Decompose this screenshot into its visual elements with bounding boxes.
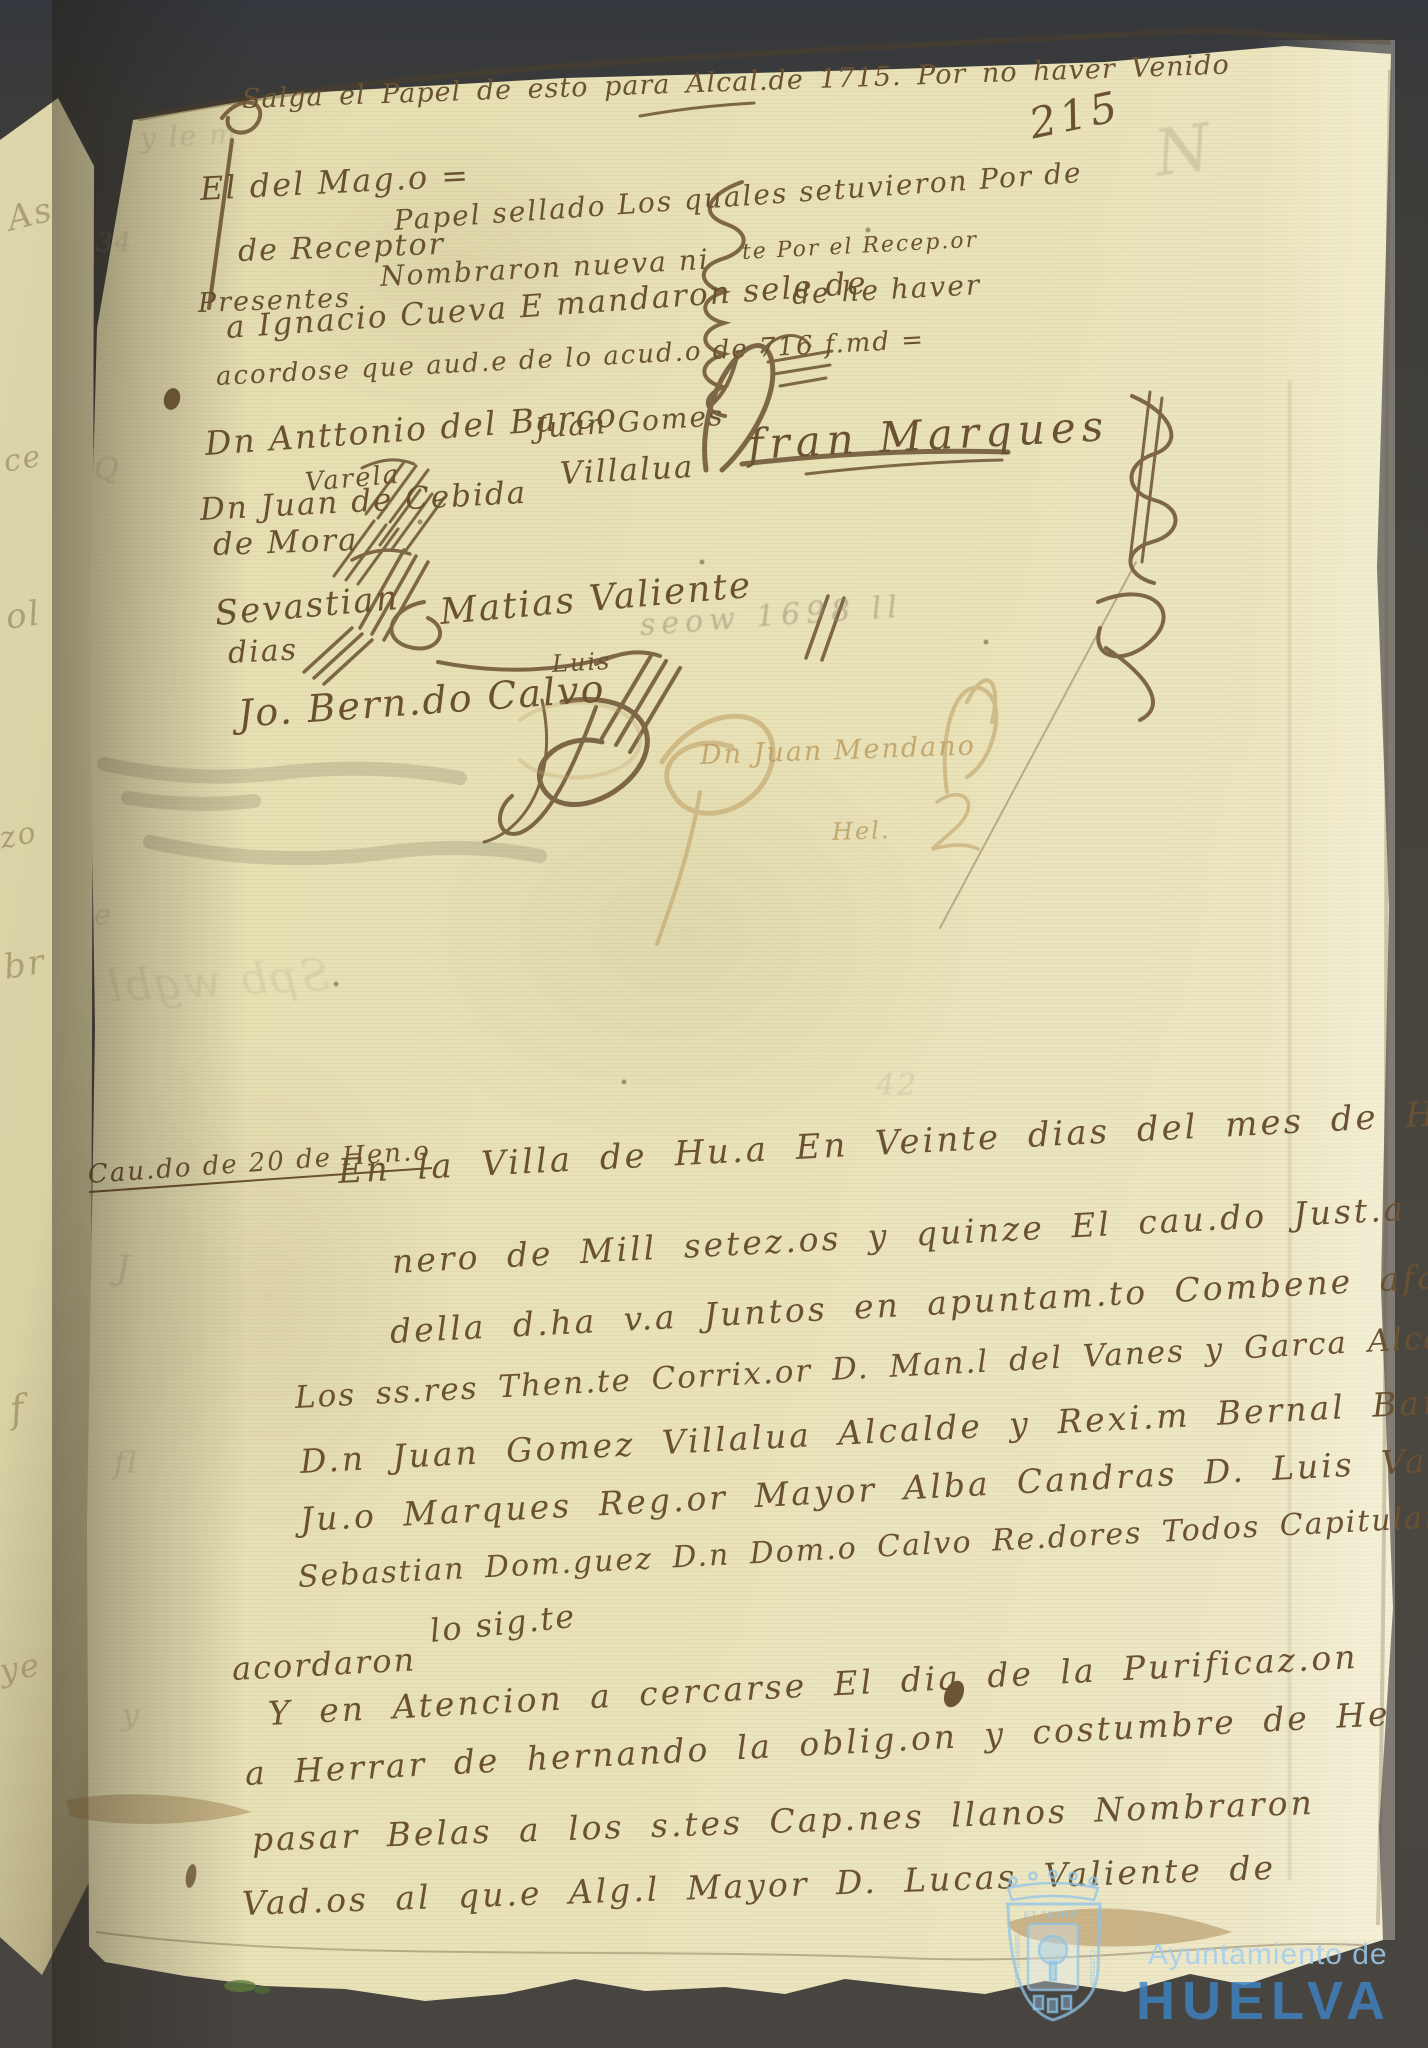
signature-name: Hel. [832, 816, 891, 846]
castle-block [1048, 1999, 1057, 2012]
castle-block [1062, 1996, 1071, 2009]
graphite-smudge3 [150, 842, 540, 858]
watermark-institution-name: Ayuntamiento de [1148, 1938, 1388, 1972]
ink-speck [984, 640, 989, 645]
ink-speck [418, 520, 423, 525]
tree-trunk [1050, 1962, 1056, 1980]
signature-name: de Mora [212, 522, 359, 563]
tan-flourish-tail [657, 792, 700, 944]
braid-dias [304, 628, 372, 684]
tree-crown [1039, 1936, 1067, 1964]
bleed-through-mark: fl [114, 1446, 139, 1481]
watermark-city-name: HUELVA [1136, 1970, 1392, 2032]
ink-speck [622, 1080, 627, 1085]
bleed-through-mark: 42 [876, 1068, 918, 1103]
underline-1715 [640, 103, 754, 116]
ink-blot [184, 1863, 198, 1888]
marques-rubric-bars [1130, 392, 1162, 562]
ink-blot [161, 386, 182, 411]
ink-speck [334, 982, 339, 987]
shield-motto-top: ET TERRÆ [1024, 1910, 1079, 1920]
green-fleck [254, 1986, 270, 1994]
bleed-through-mark: 34 [96, 228, 133, 258]
bleed-through-mark: N [1150, 110, 1218, 191]
shield-motto-right: CUSTODIA [1088, 1950, 1095, 1986]
bleed-through-mark: y [122, 1698, 141, 1733]
calvo-flourish2 [500, 707, 596, 834]
castle-block [1034, 1996, 1043, 2009]
graphite-smudge [104, 764, 460, 778]
crown [1008, 1883, 1098, 1900]
tan-flourish-2shape [932, 795, 978, 849]
bleed-through-mark: Q [94, 452, 121, 487]
scan-background: As ce ol zo br f ye [0, 0, 1428, 2048]
bleed-through-mark: J [116, 1248, 132, 1288]
left-tan-smear [66, 1794, 252, 1824]
ink-speck [866, 228, 871, 233]
signature-name: dias [227, 632, 299, 671]
green-fleck [224, 1980, 256, 1992]
graphite-smudge2 [128, 798, 254, 804]
huelva-coat-of-arms-icon: ET TERRÆ PORTUS MARIS CUSTODIA [988, 1870, 1138, 2048]
right-edge-shade [1378, 70, 1390, 1925]
ink-speck [700, 560, 705, 565]
shield-motto-left: PORTUS MARIS [1015, 1935, 1022, 1988]
bleed-through-mark: y le m [139, 117, 238, 155]
bleed-through-mark: e [94, 898, 113, 931]
signature-name: Villalua [559, 449, 695, 492]
